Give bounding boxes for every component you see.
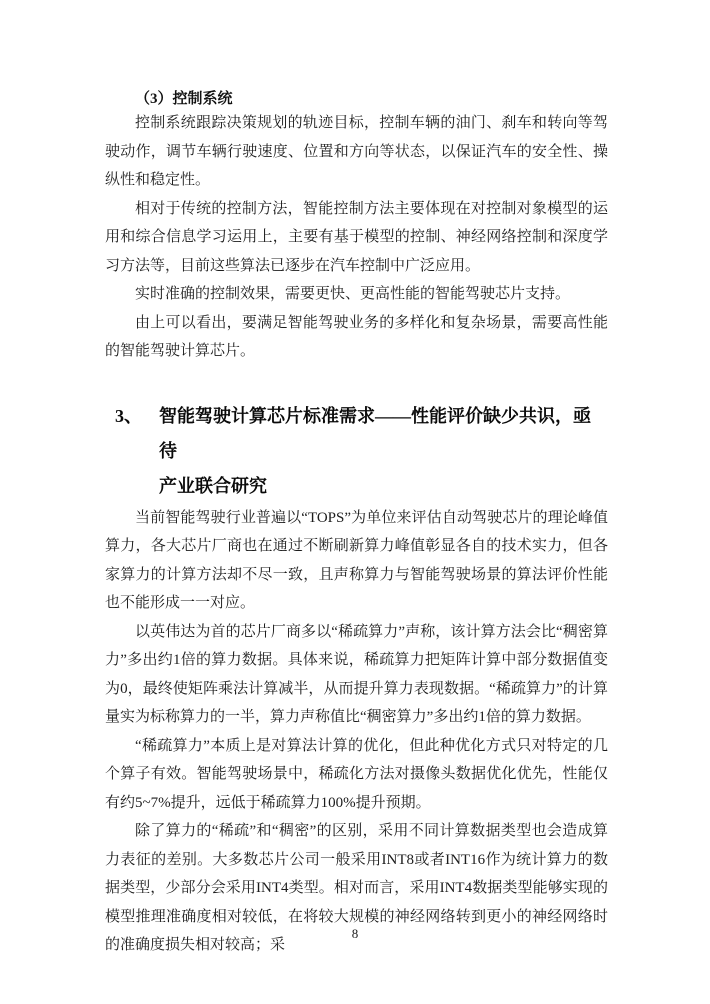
paragraph: 相对于传统的控制方法，智能控制方法主要体现在对控制对象模型的运用和综合信息学习运… [105, 195, 608, 281]
paragraph: 以英伟达为首的芯片厂商多以“稀疏算力”声称，该计算方法会比“稠密算力”多出约1倍… [105, 618, 608, 732]
paragraph: “稀疏算力”本质上是对算法计算的优化，但此种优化方式只对特定的几个算子有效。智能… [105, 732, 608, 818]
paragraph: 由上可以看出，要满足智能驾驶业务的多样化和复杂场景，需要高性能的智能驾驶计算芯片… [105, 309, 608, 366]
paragraph: 实时准确的控制效果，需要更快、更高性能的智能驾驶芯片支持。 [105, 280, 608, 309]
section-heading-chip-standard: 3、智能驾驶计算芯片标准需求——性能评价缺少共识，亟待 产业联合研究 [115, 399, 608, 504]
section-number: 3、 [115, 399, 159, 434]
document-content: （3）控制系统 控制系统跟踪决策规划的轨迹目标，控制车辆的油门、刹车和转向等驾驶… [105, 0, 608, 960]
document-page: （3）控制系统 控制系统跟踪决策规划的轨迹目标，控制车辆的油门、刹车和转向等驾驶… [0, 0, 710, 1004]
section-title: 智能驾驶计算芯片标准需求——性能评价缺少共识，亟待 产业联合研究 [159, 406, 591, 496]
paragraph: 当前智能驾驶行业普遍以“TOPS”为单位来评估自动驾驶芯片的理论峰值算力，各大芯… [105, 504, 608, 618]
paragraph: 控制系统跟踪决策规划的轨迹目标，控制车辆的油门、刹车和转向等驾驶动作，调节车辆行… [105, 109, 608, 195]
page-number: 8 [0, 926, 710, 942]
subsection-heading-control-system: （3）控制系统 [135, 89, 608, 109]
